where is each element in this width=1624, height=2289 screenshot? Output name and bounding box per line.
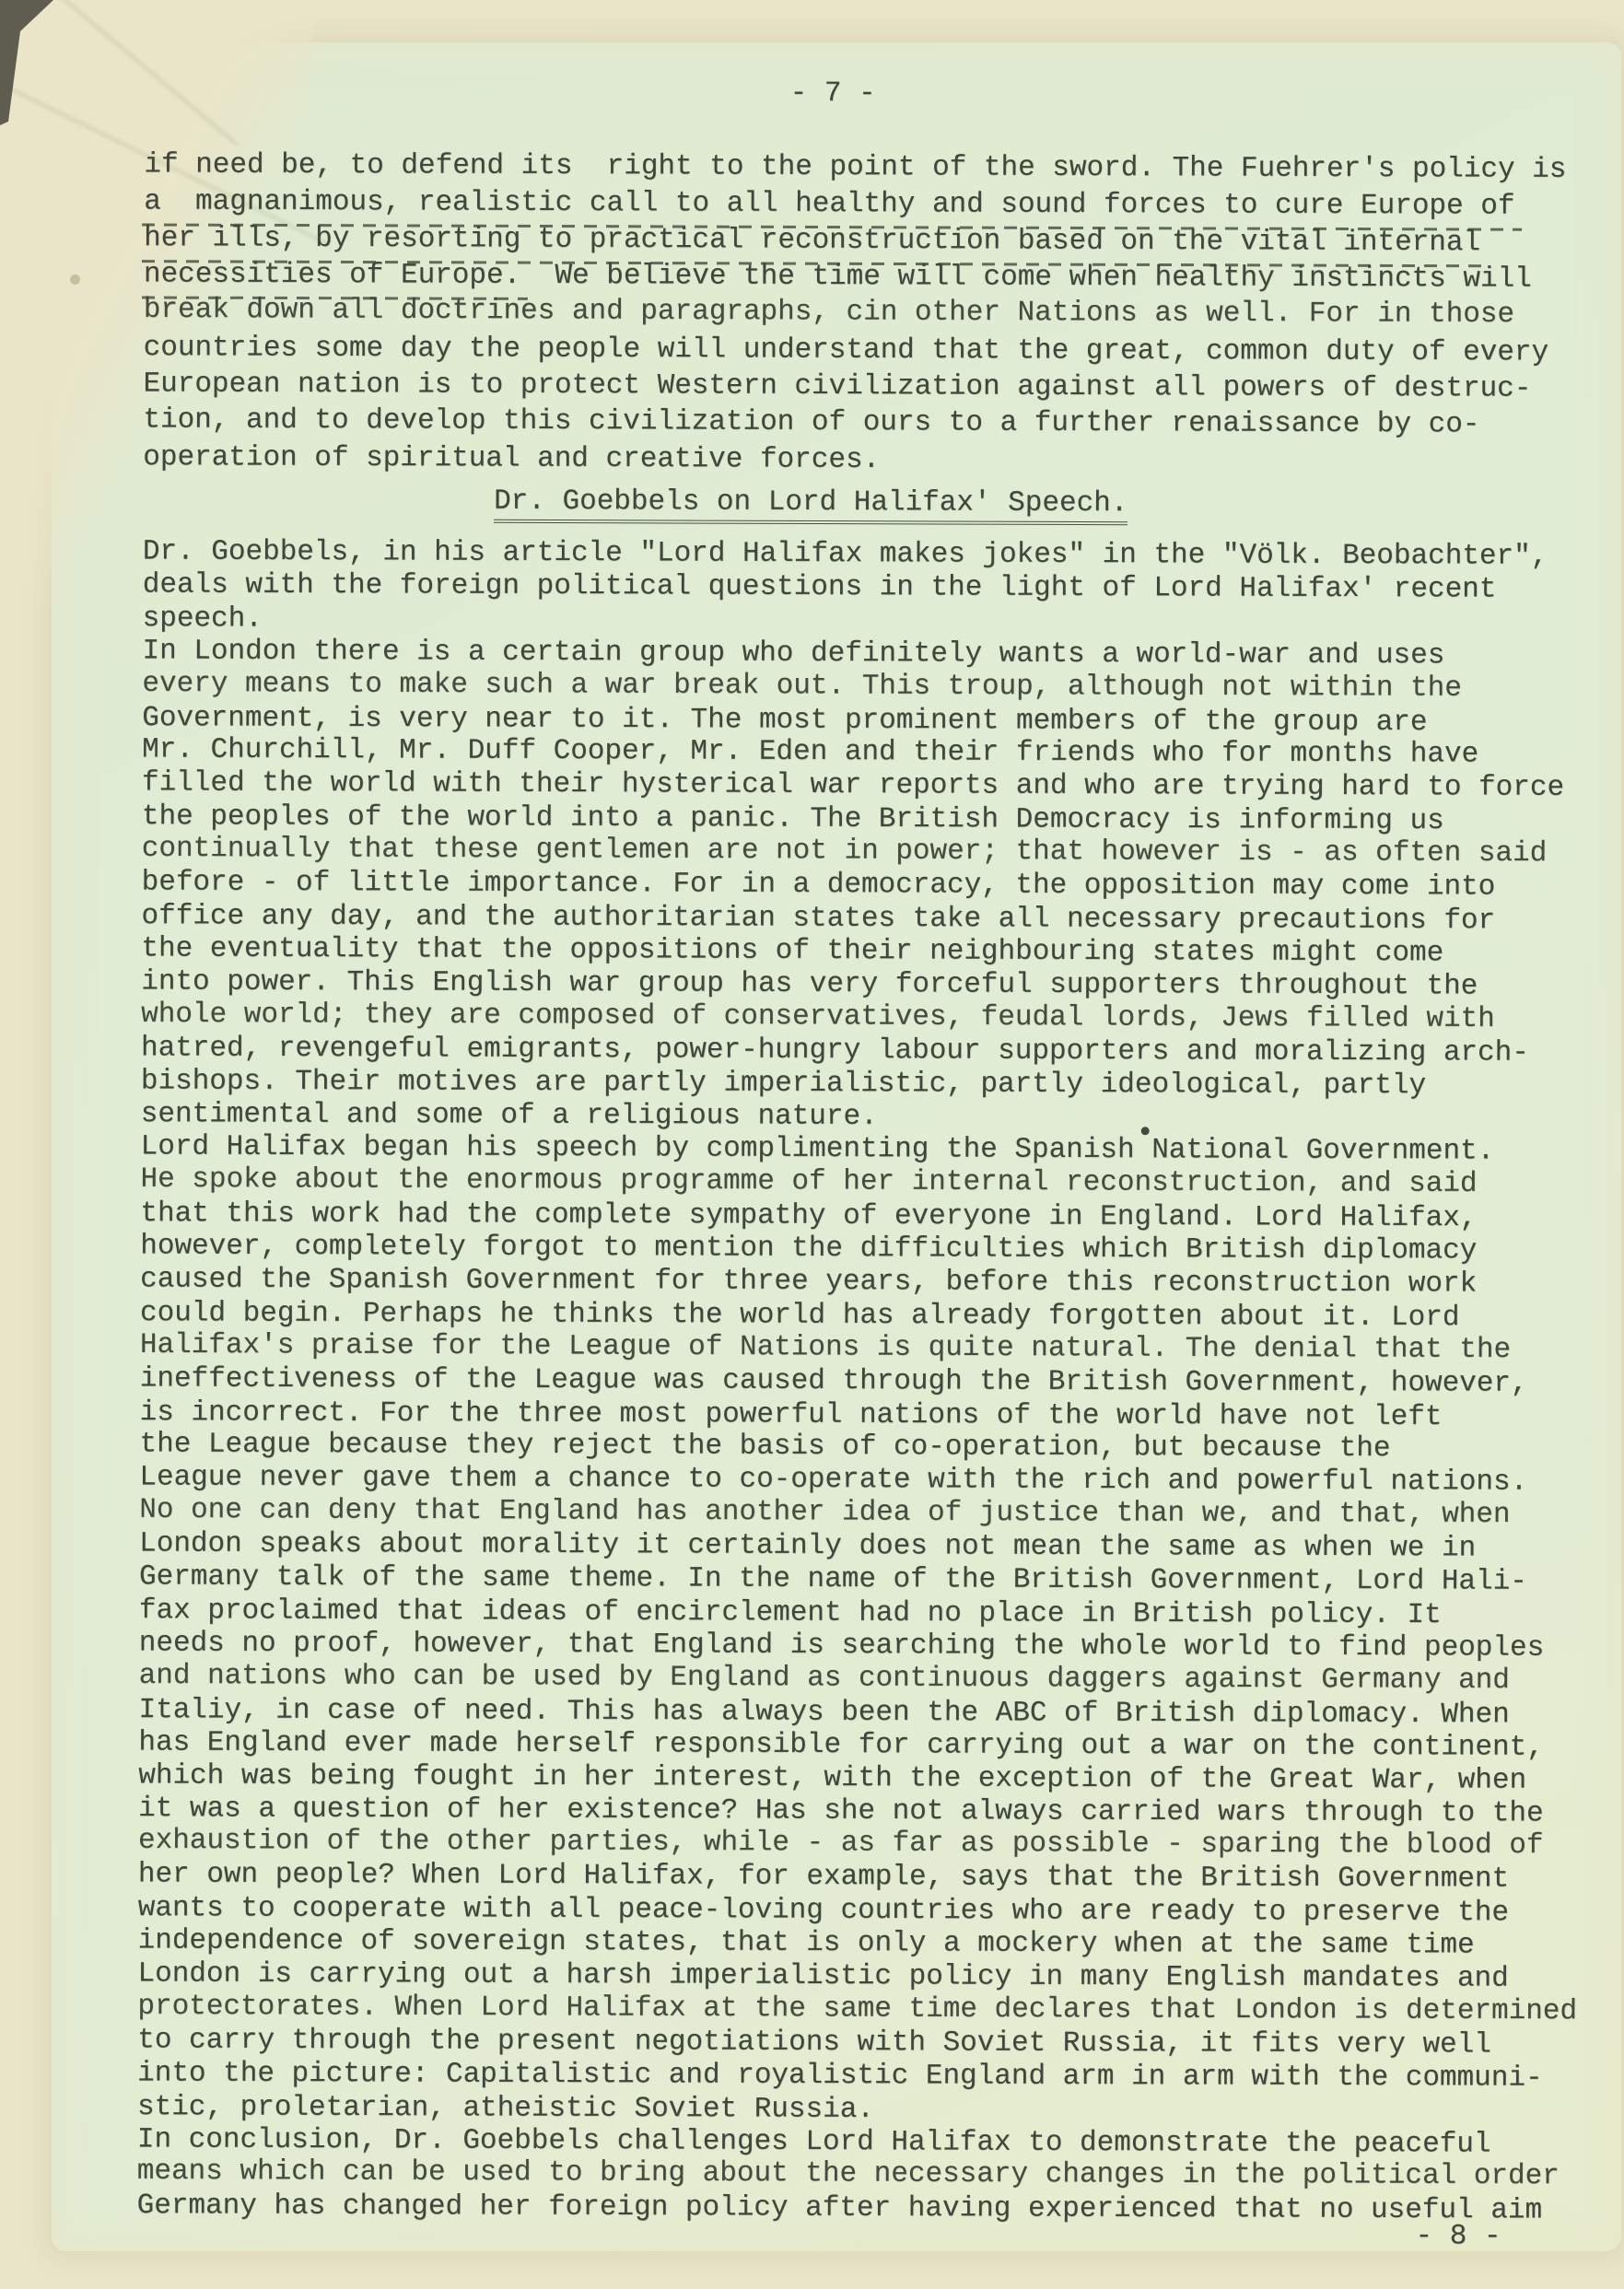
text-line: every means to make such a war break out… <box>142 667 1593 705</box>
text-line: ineffectiveness of the League was caused… <box>140 1362 1591 1400</box>
text-line: independence of sovereign states, that i… <box>138 1925 1589 1963</box>
text-line: that this work had the complete sympathy… <box>140 1197 1591 1235</box>
text-line: to carry through the present negotiation… <box>137 2024 1588 2061</box>
text-line: speech. <box>143 602 1594 640</box>
underlined-text: necessities of Europe. <box>144 258 520 291</box>
text-line: Germany talk of the same theme. In the n… <box>139 1561 1590 1599</box>
text-line: the League because they reject the basis… <box>139 1429 1590 1466</box>
text-line: sentimental and some of a religious natu… <box>141 1099 1592 1137</box>
text-line: Germany has changed her foreign policy a… <box>137 2190 1588 2227</box>
text-line: protectorates. When Lord Halifax at the … <box>137 1991 1588 2028</box>
text-line: the eventuality that the oppositions of … <box>141 932 1592 970</box>
text-line: Dr. Goebbels, in his article "Lord Halif… <box>143 535 1594 573</box>
text-line: into the picture: Capitalistic and royal… <box>137 2057 1588 2095</box>
text-line: European nation is to protect Western ci… <box>143 366 1594 407</box>
underlined-text: her ills, by resorting to practical reco… <box>144 222 1480 259</box>
text-line: and nations who can be used by England a… <box>139 1660 1590 1698</box>
text-line: has England ever made herself responsibl… <box>138 1726 1589 1764</box>
text-line: her own people? When Lord Halifax, for e… <box>138 1859 1589 1897</box>
text-line: if need be, to defend its right to the p… <box>144 146 1595 188</box>
text-line: however, completely forgot to mention th… <box>140 1230 1591 1267</box>
text-line: office any day, and the authoritarian st… <box>141 900 1592 938</box>
text-line: filled the world with their hysterical w… <box>142 767 1593 805</box>
section-heading: Dr. Goebbels on Lord Halifax' Speech. <box>494 485 1127 520</box>
text-line: a magnanimous, realistic call to all hea… <box>144 183 1595 225</box>
text-line: deals with the foreign political questio… <box>143 568 1594 606</box>
text-line: break down all doctrines and paragraphs,… <box>144 292 1595 333</box>
text-line: He spoke about the enormous programme of… <box>140 1163 1591 1201</box>
text-line: her ills, by resorting to practical reco… <box>144 220 1595 262</box>
text-line: countries some day the people will under… <box>144 330 1595 371</box>
text-line: means which can be used to bring about t… <box>137 2155 1588 2193</box>
underlined-text: a magnanimous, realistic call to all hea… <box>144 185 1514 222</box>
page-number-top: - 7 - <box>790 77 876 110</box>
text-line: before - of little importance. For in a … <box>142 867 1593 905</box>
text-line: London speaks about morality it certainl… <box>139 1528 1590 1566</box>
text-line: hatred, revengeful emigrants, power-hung… <box>141 1032 1592 1069</box>
text-line: exhaustion of the other parties, while -… <box>138 1825 1589 1863</box>
section-heading-text: Dr. Goebbels on Lord Halifax' Speech. <box>494 485 1127 525</box>
text-line: wants to cooperate with all peace-loving… <box>138 1892 1589 1930</box>
text-line: continually that these gentlemen are not… <box>142 833 1593 870</box>
text-line: which was being fought in her interest, … <box>138 1759 1589 1797</box>
text-line: fax proclaimed that ideas of encirclemen… <box>139 1594 1590 1632</box>
text-line: caused the Spanish Government for three … <box>140 1263 1591 1301</box>
text-line: Italiy, in case of need. This has always… <box>138 1694 1589 1732</box>
text-line: Mr. Churchill, Mr. Duff Cooper, Mr. Eden… <box>142 734 1593 772</box>
text-line: No one can deny that England has another… <box>139 1494 1590 1532</box>
text-line: stic, proletarian, atheistic Soviet Russ… <box>137 2091 1588 2129</box>
scanned-document: { "colors": { "paper": "#e1ecd4", "backi… <box>0 0 1624 2289</box>
paragraph-2: Dr. Goebbels, in his article "Lord Halif… <box>137 535 1594 2227</box>
text-line: operation of spiritual and creative forc… <box>143 439 1594 481</box>
text-line: whole world; they are composed of conser… <box>141 999 1592 1036</box>
text-line: bishops. Their motives are partly imperi… <box>141 1065 1592 1103</box>
page-number-bottom: - 8 - <box>1415 2220 1501 2252</box>
text-line: Government, is very near to it. The most… <box>142 702 1593 740</box>
paragraph-1: if need be, to defend its right to the p… <box>143 146 1595 480</box>
ink-dot-artifact <box>1141 1127 1150 1135</box>
document-content: - 7 - if need be, to defend its right to… <box>0 0 1624 2289</box>
text-line: is incorrect. For the three most powerfu… <box>140 1396 1591 1434</box>
text-line: Halifax's praise for the League of Natio… <box>140 1329 1591 1367</box>
text-line: tion, and to develop this civilization o… <box>143 403 1594 444</box>
